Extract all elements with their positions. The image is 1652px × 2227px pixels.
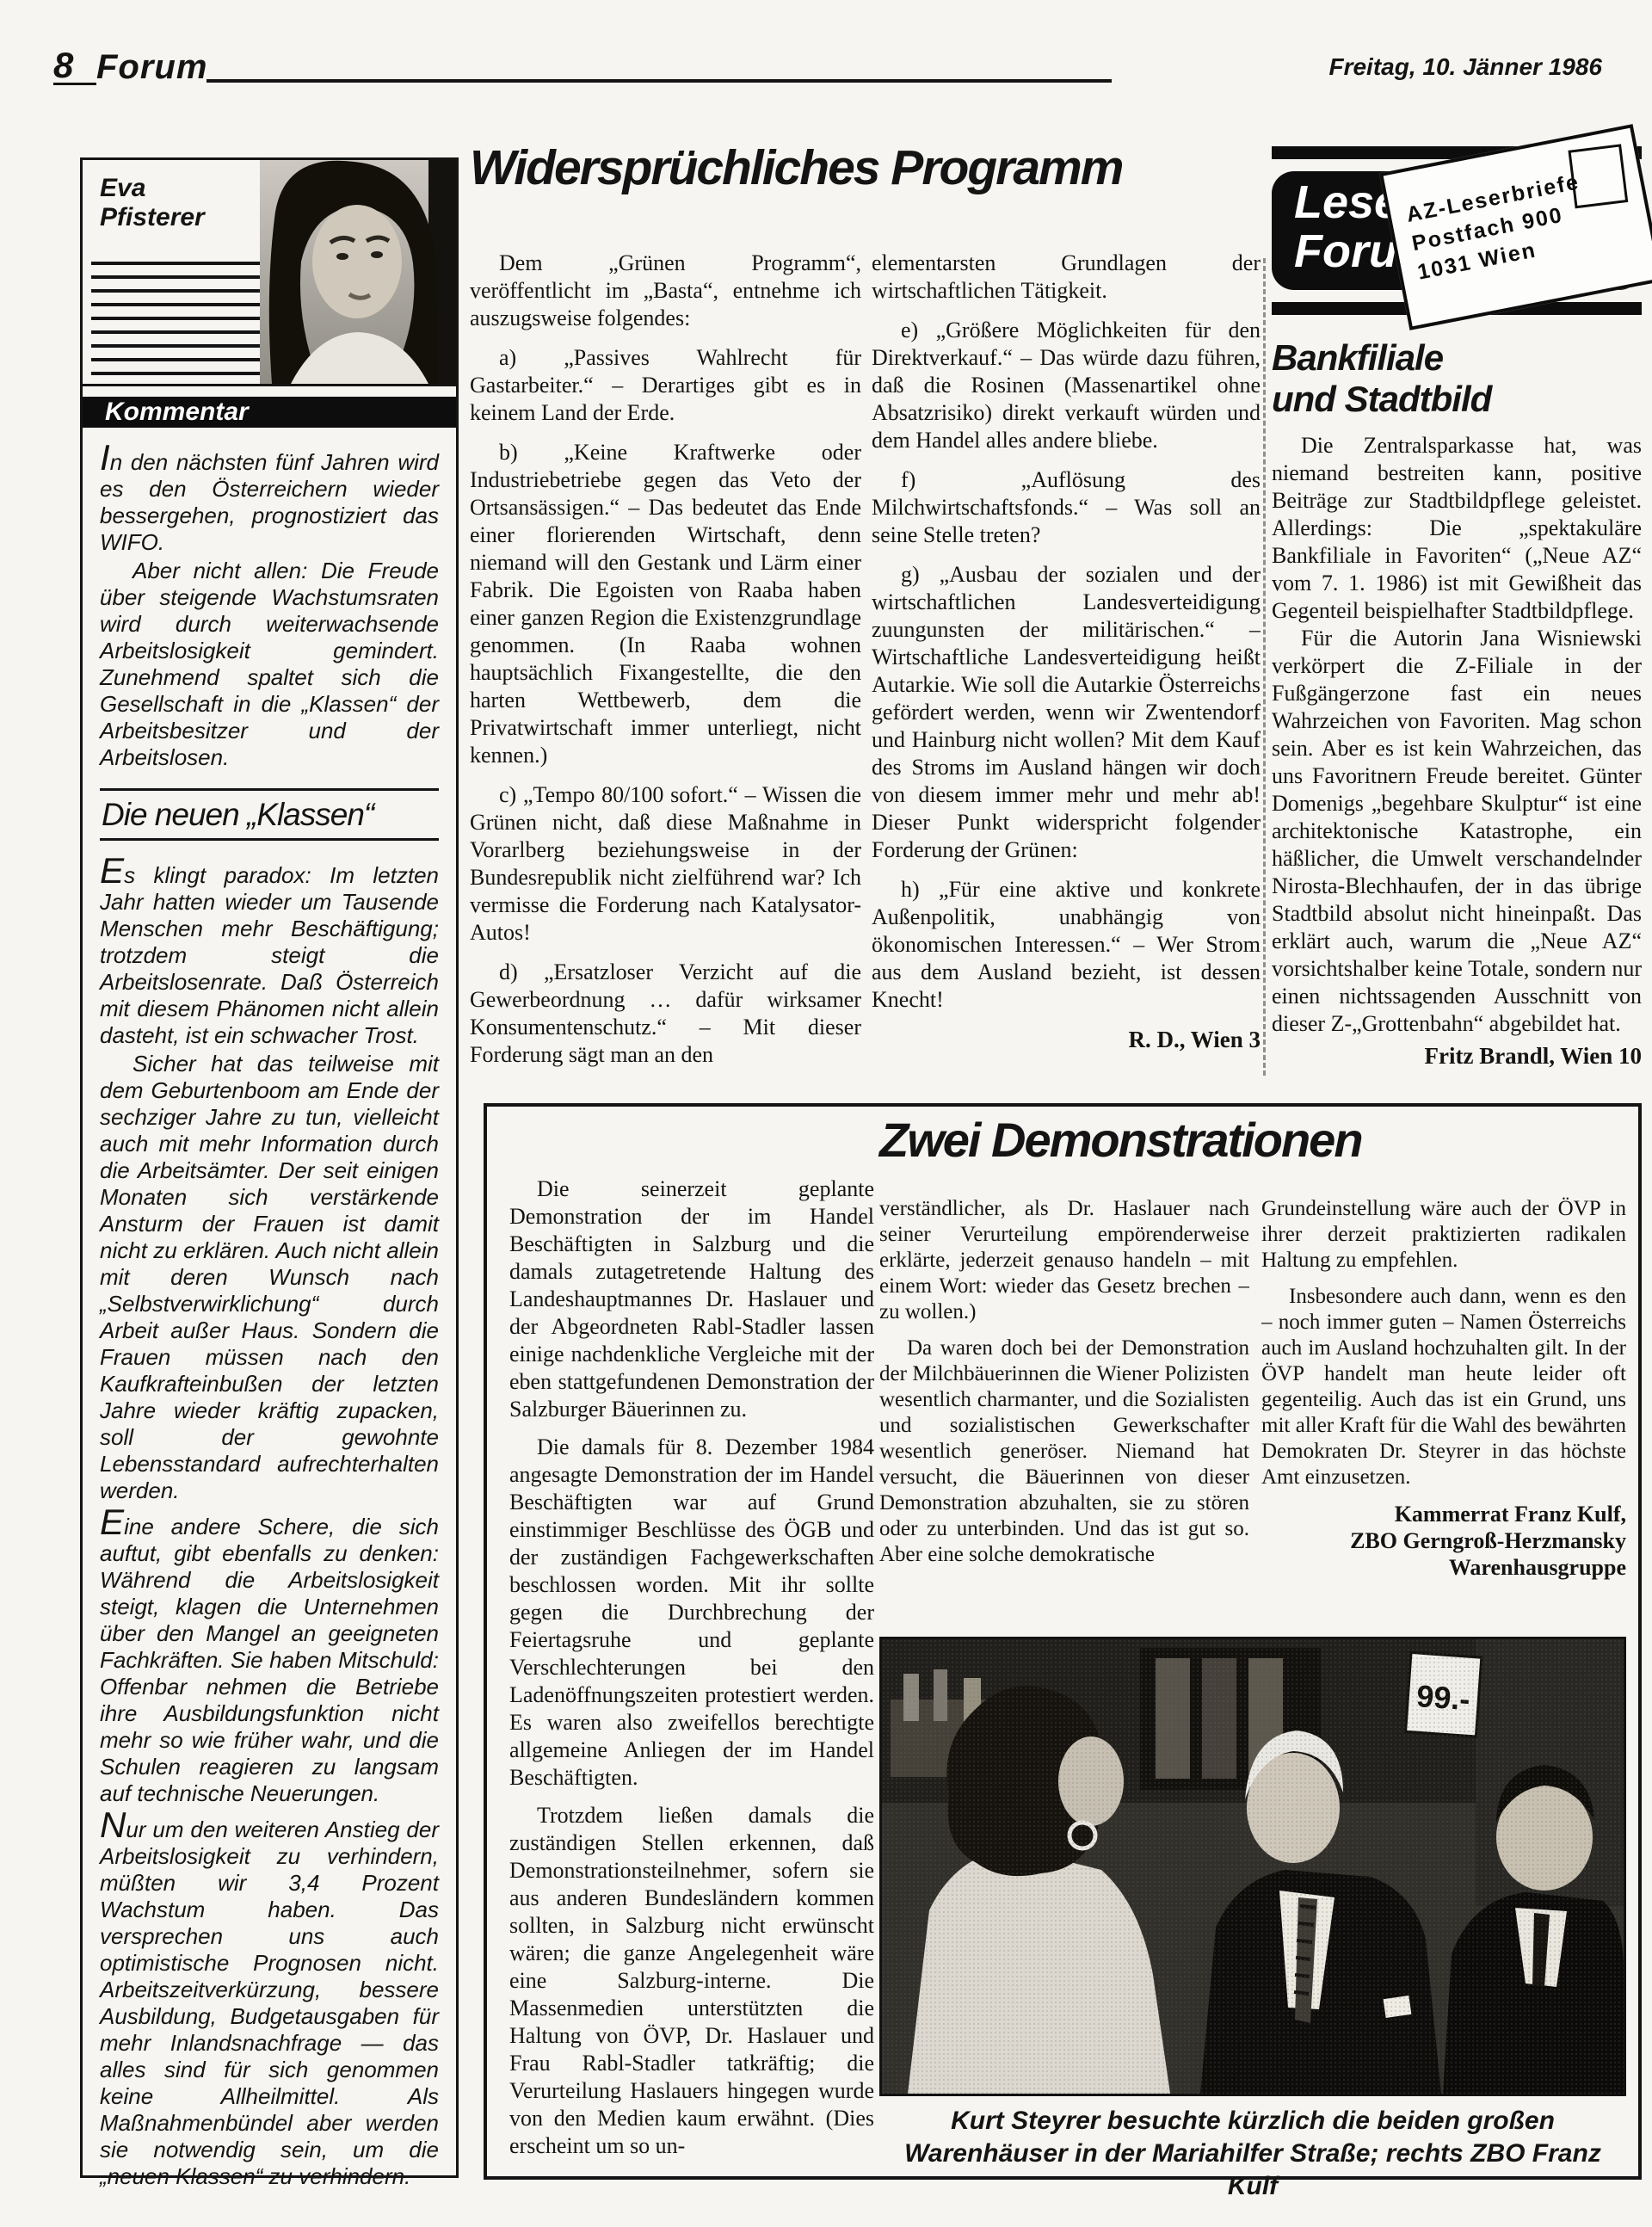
issue-date: Freitag, 10. Jänner 1986 <box>1115 53 1602 81</box>
leser-forum-column: Leser - Forum AZ-Leserbriefe Postfach 90… <box>1272 146 1642 1070</box>
photo-caption: Kurt Steyrer besuchte kürzlich die beide… <box>879 2105 1626 2203</box>
klassen-section: Die neuen „Klassen“ Es klingt paradox: I… <box>83 788 456 2190</box>
demo-col-right: Grundeinstellung wäre auch der ÖVP in ih… <box>1261 1196 1626 1631</box>
klassen-text: Es klingt paradox: Im letzten Jahr hatte… <box>100 854 439 2190</box>
header-rule-small <box>53 83 96 85</box>
paragraph: Insbesondere auch dann, wenn es den – no… <box>1261 1284 1626 1490</box>
paragraph: d) „Ersatzloser Verzicht auf die Gewerbe… <box>470 959 861 1069</box>
bankfiliale-heading: Bankfiliale und Stadtbild <box>1272 337 1642 420</box>
paragraph: elementarsten Grundlagen der wirtschaftl… <box>872 250 1261 305</box>
paragraph: g) „Ausbau der sozialen und der wirtscha… <box>872 561 1261 864</box>
paragraph: Die Zentralsparkasse hat, was niemand be… <box>1272 432 1642 625</box>
header-rule <box>206 79 1112 83</box>
demo-signature: Kammerrat Franz Kulf,ZBO Gerngroß-Herzma… <box>1261 1501 1626 1581</box>
main-article-col2: elementarsten Grundlagen der wirtschaftl… <box>872 250 1261 1106</box>
bankfiliale-text: Die Zentralsparkasse hat, was niemand be… <box>1272 432 1642 1038</box>
kommentar-text: In den nächsten fünf Jahren wird es den … <box>83 428 456 771</box>
paragraph: Eine andere Schere, die sich auftut, gib… <box>100 1506 439 1807</box>
paragraph: Dem „Grünen Programm“, veröffentlicht im… <box>470 250 861 332</box>
paragraph: Warenhausgruppe <box>1261 1554 1626 1581</box>
author-portrait-box: Eva Pfisterer <box>83 160 456 386</box>
news-photo-graphic: 99.- <box>882 1639 1624 2094</box>
paragraph: Für die Autorin Jana Wisniewski verkörpe… <box>1272 625 1642 1038</box>
demo-col-left: Die seinerzeit geplante Demonstration de… <box>509 1175 874 2156</box>
newspaper-page: 8 Forum Freitag, 10. Jänner 1986 Eva Pfi… <box>0 0 1652 2227</box>
paragraph: Nur um den weiteren Anstieg der Arbeitsl… <box>100 1809 439 2190</box>
paragraph: Es klingt paradox: Im letzten Jahr hatte… <box>100 854 439 1049</box>
demo-col-right-text: Grundeinstellung wäre auch der ÖVP in ih… <box>1261 1196 1626 1490</box>
paragraph: e) „Größere Möglichkeiten für den Direkt… <box>872 317 1261 454</box>
paragraph: Die damals für 8. Dezember 1984 angesagt… <box>509 1434 874 1792</box>
zwei-demonstrationen-box: Zwei Demonstrationen Die seinerzeit gepl… <box>484 1103 1642 2180</box>
main-article-col1: Dem „Grünen Programm“, veröffentlicht im… <box>470 250 861 1110</box>
paragraph: Sicher hat das teilweise mit dem Geburte… <box>100 1051 439 1504</box>
kommentar-sidebar: Eva Pfisterer <box>80 157 459 2178</box>
main-article-col2-text: elementarsten Grundlagen der wirtschaftl… <box>872 250 1261 1014</box>
author-name: Eva Pfisterer <box>100 174 205 231</box>
paragraph: Da waren doch bei der Demonstration der … <box>879 1336 1249 1568</box>
stamp-icon <box>1568 144 1628 208</box>
news-photo: 99.- <box>879 1637 1626 2096</box>
main-article-title: Widersprüchliches Programm <box>470 139 1122 196</box>
paragraph: f) „Auflösung des Milchwirtschaftsfonds.… <box>872 466 1261 549</box>
letter-signature: R. D., Wien 3 <box>872 1026 1261 1053</box>
author-portrait-photo <box>260 160 456 384</box>
demo-col-mid: verständlicher, als Dr. Haslauer nach se… <box>879 1196 1249 1631</box>
paragraph: Trotzdem ließen damals die zuständigen S… <box>509 1802 874 2156</box>
leser-forum-logo: Leser - Forum AZ-Leserbriefe Postfach 90… <box>1272 171 1642 290</box>
paragraph: b) „Keine Kraftwerke oder Industriebetri… <box>470 439 861 769</box>
section-title: Forum <box>96 48 207 87</box>
paragraph: h) „Für eine aktive und konkrete Außenpo… <box>872 876 1261 1014</box>
paragraph: c) „Tempo 80/100 sofort.“ – Wissen die G… <box>470 781 861 947</box>
bankfiliale-signature: Fritz Brandl, Wien 10 <box>1272 1043 1642 1070</box>
paragraph: Kammerrat Franz Kulf, <box>1261 1501 1626 1527</box>
page-number: 8 <box>53 45 73 86</box>
kommentar-label: Kommentar <box>83 397 456 428</box>
paragraph: Aber nicht allen: Die Freude über steige… <box>100 558 439 771</box>
demo-article-title: Zwei Demonstrationen <box>879 1112 1362 1168</box>
paragraph: In den nächsten fünf Jahren wird es den … <box>100 441 439 556</box>
paragraph: a) „Passives Wahlrecht für Gastarbeiter.… <box>470 344 861 427</box>
paragraph: Die seinerzeit geplante Demonstration de… <box>509 1175 874 1423</box>
column-divider-rule <box>1263 258 1266 1076</box>
paragraph: Grundeinstellung wäre auch der ÖVP in ih… <box>1261 1196 1626 1274</box>
paragraph: verständlicher, als Dr. Haslauer nach se… <box>879 1196 1249 1325</box>
klassen-heading: Die neuen „Klassen“ <box>100 788 439 841</box>
decorative-stripes <box>91 262 263 375</box>
paragraph: ZBO Gerngroß-Herzmansky <box>1261 1527 1626 1554</box>
